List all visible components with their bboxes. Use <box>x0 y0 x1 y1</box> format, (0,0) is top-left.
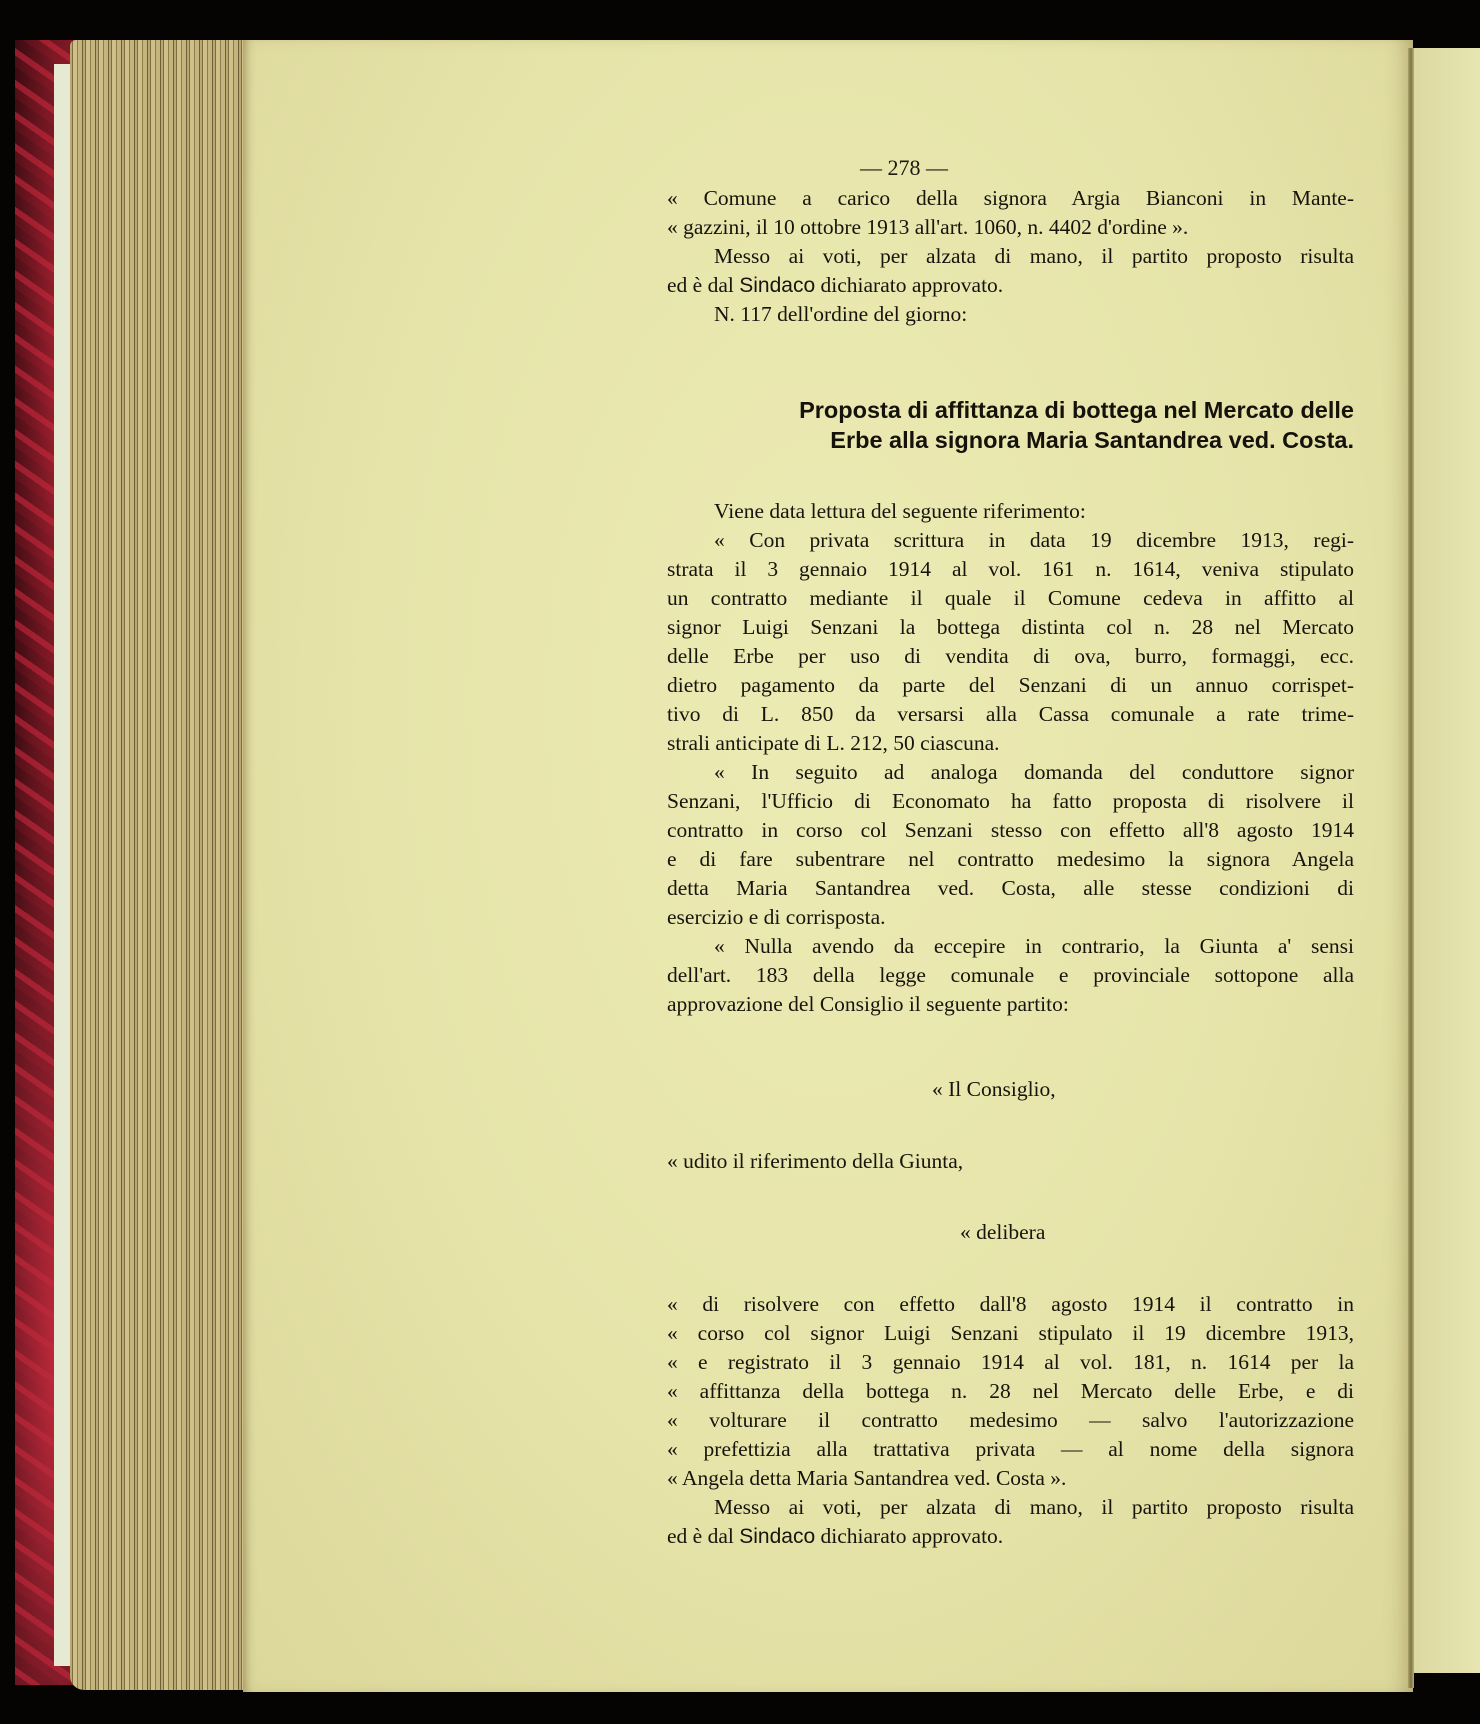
text-line: « gazzini, il 10 ottobre 1913 all'art. 1… <box>667 213 1354 242</box>
text-line: « Comune a carico della signora Argia Bi… <box>667 184 1354 213</box>
page-edges <box>70 40 245 1690</box>
resolution-consiglio: « Il Consiglio, <box>667 1075 1354 1104</box>
text-line: dell'art. 183 della legge comunale e pro… <box>667 961 1354 990</box>
sindaco-label: Sindaco <box>739 274 815 297</box>
text-line: « In seguito ad analoga domanda del cond… <box>667 758 1354 787</box>
text-line: delle Erbe per uso di vendita di ova, bu… <box>667 642 1354 671</box>
text-line: « Con privata scrittura in data 19 dicem… <box>667 526 1354 555</box>
text-line: strata il 3 gennaio 1914 al vol. 161 n. … <box>667 555 1354 584</box>
sindaco-label: Sindaco <box>739 1525 815 1548</box>
resolution-body: « di risolvere con effetto dall'8 agosto… <box>667 1290 1354 1551</box>
text-line: tivo di L. 850 da versarsi alla Cassa co… <box>667 700 1354 729</box>
text-line: « prefettizia alla trattativa privata — … <box>667 1435 1354 1464</box>
text-line: esercizio e di corrisposta. <box>667 903 1354 932</box>
consiglio-line: « Il Consiglio, <box>667 1075 1354 1104</box>
text-line: Messo ai voti, per alzata di mano, il pa… <box>667 242 1354 271</box>
resolution-delibera: « delibera <box>667 1218 1354 1247</box>
text-line: e di fare subentrare nel contratto medes… <box>667 845 1354 874</box>
resolution-udito: « udito il riferimento della Giunta, <box>667 1147 1354 1176</box>
intro-line: Viene data lettura del seguente riferime… <box>667 497 1354 526</box>
text-line: « di risolvere con effetto dall'8 agosto… <box>667 1290 1354 1319</box>
text-line: Senzani, l'Ufficio di Economato ha fatto… <box>667 787 1354 816</box>
text-line: approvazione del Consiglio il seguente p… <box>667 990 1354 1019</box>
text-line: strali anticipate di L. 212, 50 ciascuna… <box>667 729 1354 758</box>
body-text: Viene data lettura del seguente riferime… <box>667 497 1354 1019</box>
agenda-item: N. 117 dell'ordine del giorno: <box>667 300 1354 329</box>
text-line: « volturare il contratto medesimo — salv… <box>667 1406 1354 1435</box>
delibera-line: « delibera <box>667 1218 1354 1247</box>
text-line: « corso col signor Luigi Senzani stipula… <box>667 1319 1354 1348</box>
text-line: « affittanza della bottega n. 28 nel Mer… <box>667 1377 1354 1406</box>
next-page-edge <box>1414 48 1480 1673</box>
page-number: — 278 — <box>860 155 948 181</box>
text-line: dietro pagamento da parte del Senzani di… <box>667 671 1354 700</box>
udito-line: « udito il riferimento della Giunta, <box>667 1147 1354 1176</box>
text-line: « Nulla avendo da eccepire in contrario,… <box>667 932 1354 961</box>
text-line: contratto in corso col Senzani stesso co… <box>667 816 1354 845</box>
text-line: signor Luigi Senzani la bottega distinta… <box>667 613 1354 642</box>
text-line: « Angela detta Maria Santandrea ved. Cos… <box>667 1464 1354 1493</box>
heading-line-2: Erbe alla signora Maria Santandrea ved. … <box>667 425 1354 455</box>
block-comune-carico: « Comune a carico della signora Argia Bi… <box>667 184 1354 329</box>
heading-line-1: Proposta di affittanza di bottega nel Me… <box>667 395 1354 425</box>
text-line: un contratto mediante il quale il Comune… <box>667 584 1354 613</box>
vote-approval-line: ed è dal Sindaco dichiarato approvato. <box>667 1522 1354 1551</box>
vote-approval-line: ed è dal Sindaco dichiarato approvato. <box>667 271 1354 300</box>
text-line: Messo ai voti, per alzata di mano, il pa… <box>667 1493 1354 1522</box>
section-heading: Proposta di affittanza di bottega nel Me… <box>667 395 1354 455</box>
text-line: « e registrato il 3 gennaio 1914 al vol.… <box>667 1348 1354 1377</box>
text-line: detta Maria Santandrea ved. Costa, alle … <box>667 874 1354 903</box>
